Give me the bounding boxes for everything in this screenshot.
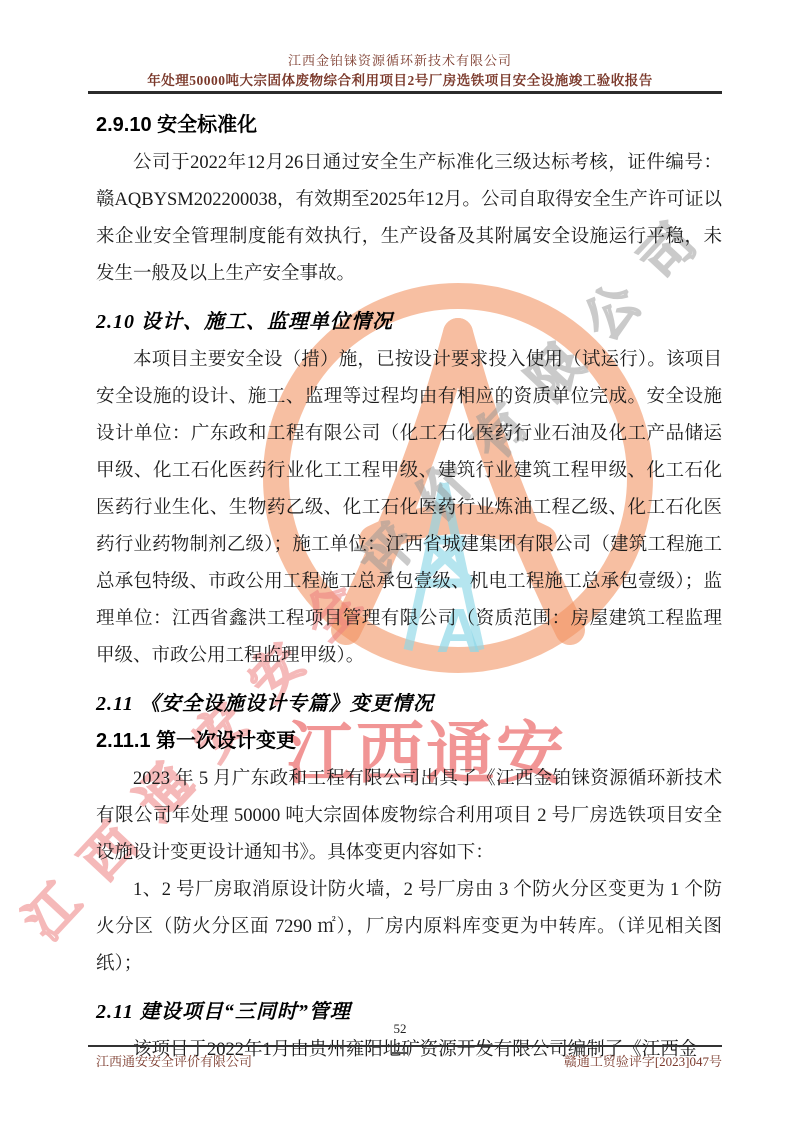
para-safety-standardization: 公司于2022年12月26日通过安全生产标准化三级达标考核，证件编号：赣AQBY…: [96, 145, 722, 293]
para-first-design-change-details: 1、2 号厂房取消原设计防火墙，2 号厂房由 3 个防火分区变更为 1 个防火分…: [96, 872, 722, 983]
header-company-name: 江西金铂铼资源循环新技术有限公司: [0, 50, 800, 69]
heading-2-11-design-special-chapter-changes: 2.11 《安全设施设计专篇》变更情况: [96, 687, 722, 716]
heading-2-11-three-simultaneous-management: 2.11 建设项目“三同时”管理: [96, 995, 722, 1024]
report-page: A 江西通安 江西通安安全评价有限公司 江西金铂铼资源循环新技术有限公司 年处理…: [0, 0, 800, 1131]
footer-document-number: 赣通工贸验评字[2023]047号: [564, 1051, 722, 1070]
footer-company-name: 江西通安安全评价有限公司: [96, 1051, 252, 1070]
heading-2-9-10-safety-standardization: 2.9.10 安全标准化: [96, 108, 722, 137]
page-number: 52: [0, 1021, 800, 1037]
footer-tick-mark: [392, 1052, 408, 1054]
heading-2-11-1-first-design-change: 2.11.1 第一次设计变更: [96, 724, 722, 753]
para-first-design-change-intro: 2023 年 5 月广东政和工程有限公司出具了《江西金铂铼资源循环新技术有限公司…: [96, 761, 722, 872]
para-design-construction-supervision-units: 本项目主要安全设（措）施，已按设计要求投入使用（试运行）。该项目安全设施的设计、…: [96, 342, 722, 675]
document-body: 2.9.10 安全标准化 公司于2022年12月26日通过安全生产标准化三级达标…: [96, 100, 722, 1069]
heading-2-10-design-construction-supervision: 2.10 设计、施工、监理单位情况: [96, 305, 722, 334]
header-rule: [88, 91, 722, 94]
header-report-title: 年处理50000吨大宗固体废物综合利用项目2号厂房选铁项目安全设施竣工验收报告: [0, 69, 800, 89]
footer-rule: [88, 1045, 722, 1047]
